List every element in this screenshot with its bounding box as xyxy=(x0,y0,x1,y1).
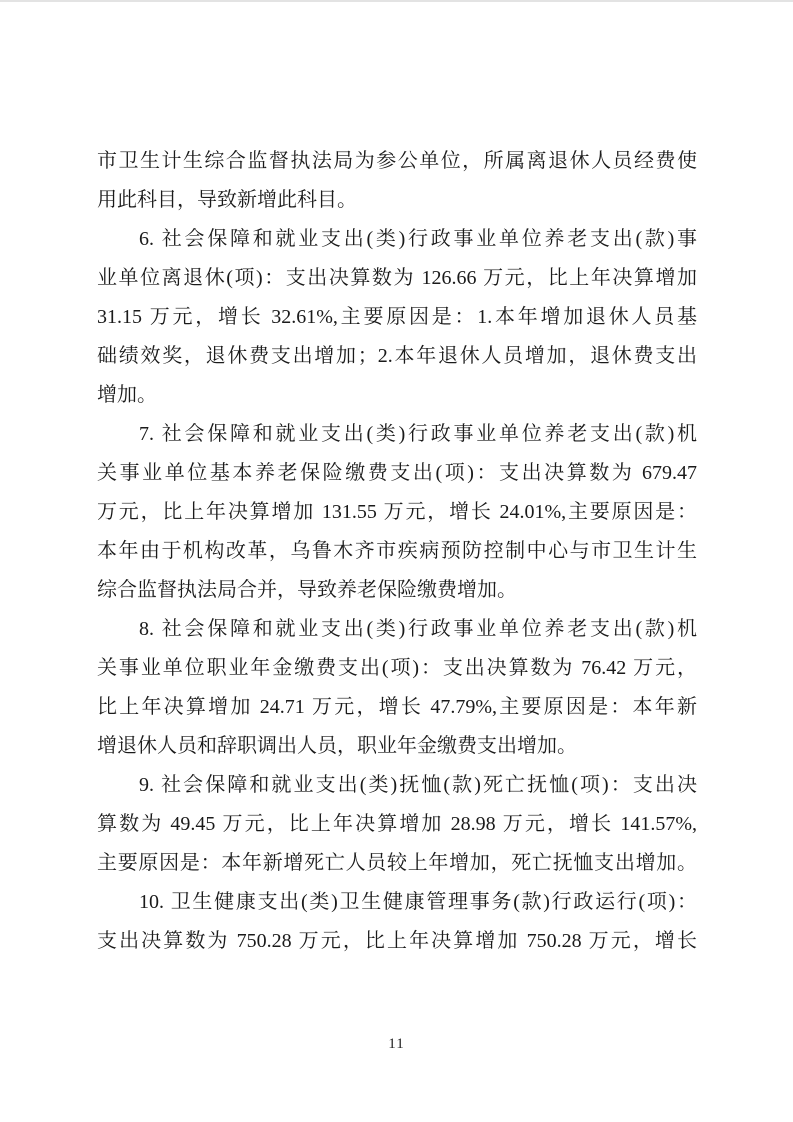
text-line: 础绩效奖，退休费支出增加；2.本年退休人员增加，退休费支出 xyxy=(97,337,697,376)
page-number: 11 xyxy=(0,1036,793,1053)
paragraph: 8. 社会保障和就业支出(类)行政事业单位养老支出(款)机关事业单位职业年金缴费… xyxy=(97,610,697,766)
text-line: 综合监督执法局合并，导致养老保险缴费增加。 xyxy=(97,571,697,610)
paragraph: 6. 社会保障和就业支出(类)行政事业单位养老支出(款)事业单位离退休(项)：支… xyxy=(97,220,697,415)
text-line: 业单位离退休(项)：支出决算数为 126.66 万元，比上年决算增加 xyxy=(97,259,697,298)
text-line: 市卫生计生综合监督执法局为参公单位，所属离退休人员经费使 xyxy=(97,142,697,181)
text-line: 万元，比上年决算增加 131.55 万元，增长 24.01%,主要原因是： xyxy=(97,493,697,532)
document-page: 市卫生计生综合监督执法局为参公单位，所属离退休人员经费使用此科目，导致新增此科目… xyxy=(0,0,793,1122)
text-line: 6. 社会保障和就业支出(类)行政事业单位养老支出(款)事 xyxy=(97,220,697,259)
scan-top-edge xyxy=(0,0,793,2)
text-line: 8. 社会保障和就业支出(类)行政事业单位养老支出(款)机 xyxy=(97,610,697,649)
text-line: 9. 社会保障和就业支出(类)抚恤(款)死亡抚恤(项)：支出决 xyxy=(97,766,697,805)
text-line: 支出决算数为 750.28 万元，比上年决算增加 750.28 万元，增长 xyxy=(97,922,697,961)
text-line: 主要原因是：本年新增死亡人员较上年增加，死亡抚恤支出增加。 xyxy=(97,844,697,883)
paragraph: 10. 卫生健康支出(类)卫生健康管理事务(款)行政运行(项)：支出决算数为 7… xyxy=(97,883,697,961)
text-line: 本年由于机构改革，乌鲁木齐市疾病预防控制中心与市卫生计生 xyxy=(97,532,697,571)
text-line: 31.15 万元，增长 32.61%,主要原因是：1.本年增加退休人员基 xyxy=(97,298,697,337)
text-line: 7. 社会保障和就业支出(类)行政事业单位养老支出(款)机 xyxy=(97,415,697,454)
text-line: 比上年决算增加 24.71 万元，增长 47.79%,主要原因是：本年新 xyxy=(97,688,697,727)
text-line: 10. 卫生健康支出(类)卫生健康管理事务(款)行政运行(项)： xyxy=(97,883,697,922)
text-line: 关事业单位职业年金缴费支出(项)：支出决算数为 76.42 万元， xyxy=(97,649,697,688)
document-text-block: 市卫生计生综合监督执法局为参公单位，所属离退休人员经费使用此科目，导致新增此科目… xyxy=(97,142,697,961)
text-line: 关事业单位基本养老保险缴费支出(项)：支出决算数为 679.47 xyxy=(97,454,697,493)
text-line: 增退休人员和辞职调出人员，职业年金缴费支出增加。 xyxy=(97,727,697,766)
paragraph: 9. 社会保障和就业支出(类)抚恤(款)死亡抚恤(项)：支出决算数为 49.45… xyxy=(97,766,697,883)
paragraph: 市卫生计生综合监督执法局为参公单位，所属离退休人员经费使用此科目，导致新增此科目… xyxy=(97,142,697,220)
paragraph: 7. 社会保障和就业支出(类)行政事业单位养老支出(款)机关事业单位基本养老保险… xyxy=(97,415,697,610)
text-line: 算数为 49.45 万元，比上年决算增加 28.98 万元，增长 141.57%… xyxy=(97,805,697,844)
text-line: 用此科目，导致新增此科目。 xyxy=(97,181,697,220)
text-line: 增加。 xyxy=(97,376,697,415)
